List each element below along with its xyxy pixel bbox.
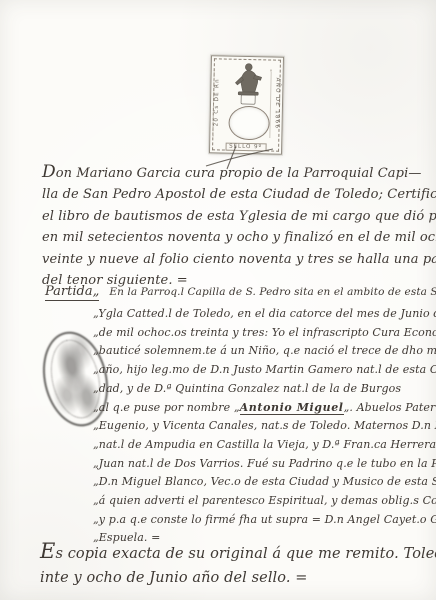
stamp-left-denomination: 20 Cs DE Rn [212, 68, 223, 136]
manuscript-line: „Juan nat.l de Dos Varrios. Fué su Padri… [93, 455, 428, 474]
manuscript-line: „de mil ochoc.os treinta y tres: Yo el i… [93, 324, 428, 343]
name-line-suffix: „. Abuelos Patern.s— [344, 401, 436, 414]
manuscript-line: Don Mariano Garcia cura propio de la Par… [42, 162, 428, 184]
manuscript-line: „Ygla Catted.l de Toledo, en el dia cato… [93, 305, 428, 324]
manuscript-line: Es copia exacta de su original á que me … [40, 540, 432, 567]
manuscript-line: en mil setecientos noventa y ocho y fina… [42, 227, 428, 248]
name-line-prefix: „al q.e puse por nombre „ [93, 401, 240, 414]
manuscript-line: veinte y nueve al folio ciento noventa y… [42, 249, 428, 270]
manuscript-line: „bauticé solemnem.te á un Niño, q.e naci… [93, 342, 428, 361]
opening-paragraph: Don Mariano Garcia cura propio de la Par… [42, 162, 428, 291]
manuscript-line: „á quien adverti el parentesco Espiritua… [93, 492, 428, 511]
stamp-right-year: AÑO DE 1866 [269, 70, 280, 138]
manuscript-line: „nat.l de Ampudia en Castilla la Vieja, … [93, 436, 428, 455]
manuscript-line: „Eugenio, y Vicenta Canales, nat.s de To… [93, 417, 428, 436]
manuscript-line-child-name: „al q.e puse por nombre „Antonio Miguel„… [93, 399, 428, 418]
manuscript-line: el libro de bautismos de esta Yglesia de… [42, 206, 428, 227]
manuscript-line: „dad, y de D.ª Quintina Gonzalez nat.l d… [93, 380, 428, 399]
manuscript-line: „D.n Miguel Blanco, Vec.o de esta Ciudad… [93, 473, 428, 492]
manuscript-line: „año, hijo leg.mo de D.n Justo Martin Ga… [93, 361, 428, 380]
seated-allegory-figure-icon [228, 61, 265, 112]
manuscript-line: En la Parroq.l Capilla de S. Pedro sita … [109, 286, 436, 298]
child-name: Antonio Miguel [240, 401, 344, 415]
partida-transcription: „Ygla Catted.l de Toledo, en el dia cato… [93, 305, 428, 548]
partida-heading-row: Partida„En la Parroq.l Capilla de S. Ped… [45, 284, 429, 299]
manuscript-line: „y p.a q.e conste lo firmé fha ut supra … [93, 511, 428, 530]
margin-label-partida: Partida„ [45, 284, 99, 301]
scanned-baptism-certificate: 20 Cs DE Rn AÑO DE 1866 SELLO 9º [0, 0, 436, 600]
closing-paragraph: Es copia exacta de su original á que me … [40, 540, 432, 590]
fiscal-tax-stamp: 20 Cs DE Rn AÑO DE 1866 SELLO 9º [209, 55, 284, 155]
manuscript-line: lla de San Pedro Apostol de esta Ciudad … [42, 184, 428, 205]
manuscript-line: inte y ocho de Junio año del sello. = [40, 567, 432, 591]
